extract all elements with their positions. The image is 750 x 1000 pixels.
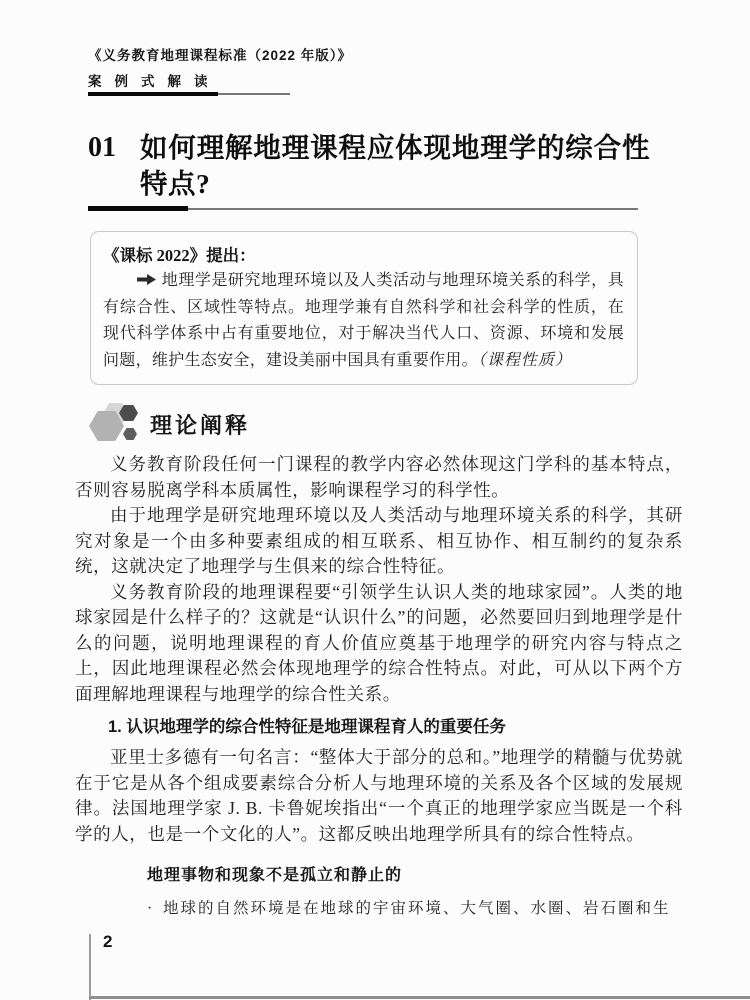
footer-bottom-rule [89,996,750,999]
theory-section-title: 理论阐释 [150,409,250,440]
chapter-number: 01 [88,130,140,202]
body-paragraph: 由于地理学是研究地理环境以及人类活动与地理环境关系的科学，其研究对象是一个由多种… [75,503,683,580]
rule-thin-segment [218,93,290,95]
standard-quote-box: 《课标 2022》提出： 地理学是研究地理环境以及人类活动与地理环境关系的科学，… [90,231,638,385]
quote-heading: 《课标 2022》提出： [103,243,624,268]
rule-thick-segment [88,206,188,211]
rule-thick-segment [88,92,218,96]
series-title: 《义务教育地理课程标准（2022 年版）》 [88,44,648,64]
highlight-bullet-text: 地球的自然环境是在地球的宇宙环境、大气圈、水圈、岩石圈和生 [163,897,671,921]
chapter-title-rule [88,206,650,211]
series-subtitle: 案例式解读 [88,70,648,90]
body-paragraph: 亚里士多德有一句名言：“整体大于部分的总和。”地理学的精髓与优势就在于它是从各个… [75,745,683,847]
chapter-title: 如何理解地理课程应体现地理学的综合性特点? [140,130,650,202]
rule-thin-segment [188,208,638,210]
hexagon-cluster-icon [88,402,140,446]
footer-vertical-rule [89,934,91,1000]
highlight-bullet-line: · 地球的自然环境是在地球的宇宙环境、大气圈、水圈、岩石圈和生 [147,897,683,921]
bullet-marker: · [147,897,163,921]
body-paragraph: 义务教育阶段的地理课程要“引领学生认识人类的地球家园”。人类的地球家园是什么样子… [75,580,683,708]
chapter-title-block: 01 如何理解地理课程应体现地理学的综合性特点? [88,130,650,211]
running-head-rule [88,92,648,96]
body-paragraph: 义务教育阶段任何一门课程的教学内容必然体现这门学科的基本特点，否则容易脱离学科本… [75,452,683,503]
page-number: 2 [103,932,112,952]
running-head: 《义务教育地理课程标准（2022 年版）》 案例式解读 [88,44,648,96]
theory-section-header: 理论阐释 [88,402,250,446]
book-page: 《义务教育地理课程标准（2022 年版）》 案例式解读 01 如何理解地理课程应… [0,0,750,1000]
quote-paragraph: 地理学是研究地理环境以及人类活动与地理环境关系的科学，具有综合性、区域性等特点。… [103,268,624,374]
highlight-heading: 地理事物和现象不是孤立和静止的 [147,862,683,885]
subsection-heading: 1. 认识地理学的综合性特征是地理课程育人的重要任务 [75,715,683,739]
highlight-block: 地理事物和现象不是孤立和静止的 · 地球的自然环境是在地球的宇宙环境、大气圈、水… [147,862,683,921]
quote-source-label: （课程性质） [478,352,572,369]
body-column: 义务教育阶段任何一门课程的教学内容必然体现这门学科的基本特点，否则容易脱离学科本… [75,452,683,921]
hexagon-small [123,428,137,440]
right-arrow-icon [137,273,156,286]
